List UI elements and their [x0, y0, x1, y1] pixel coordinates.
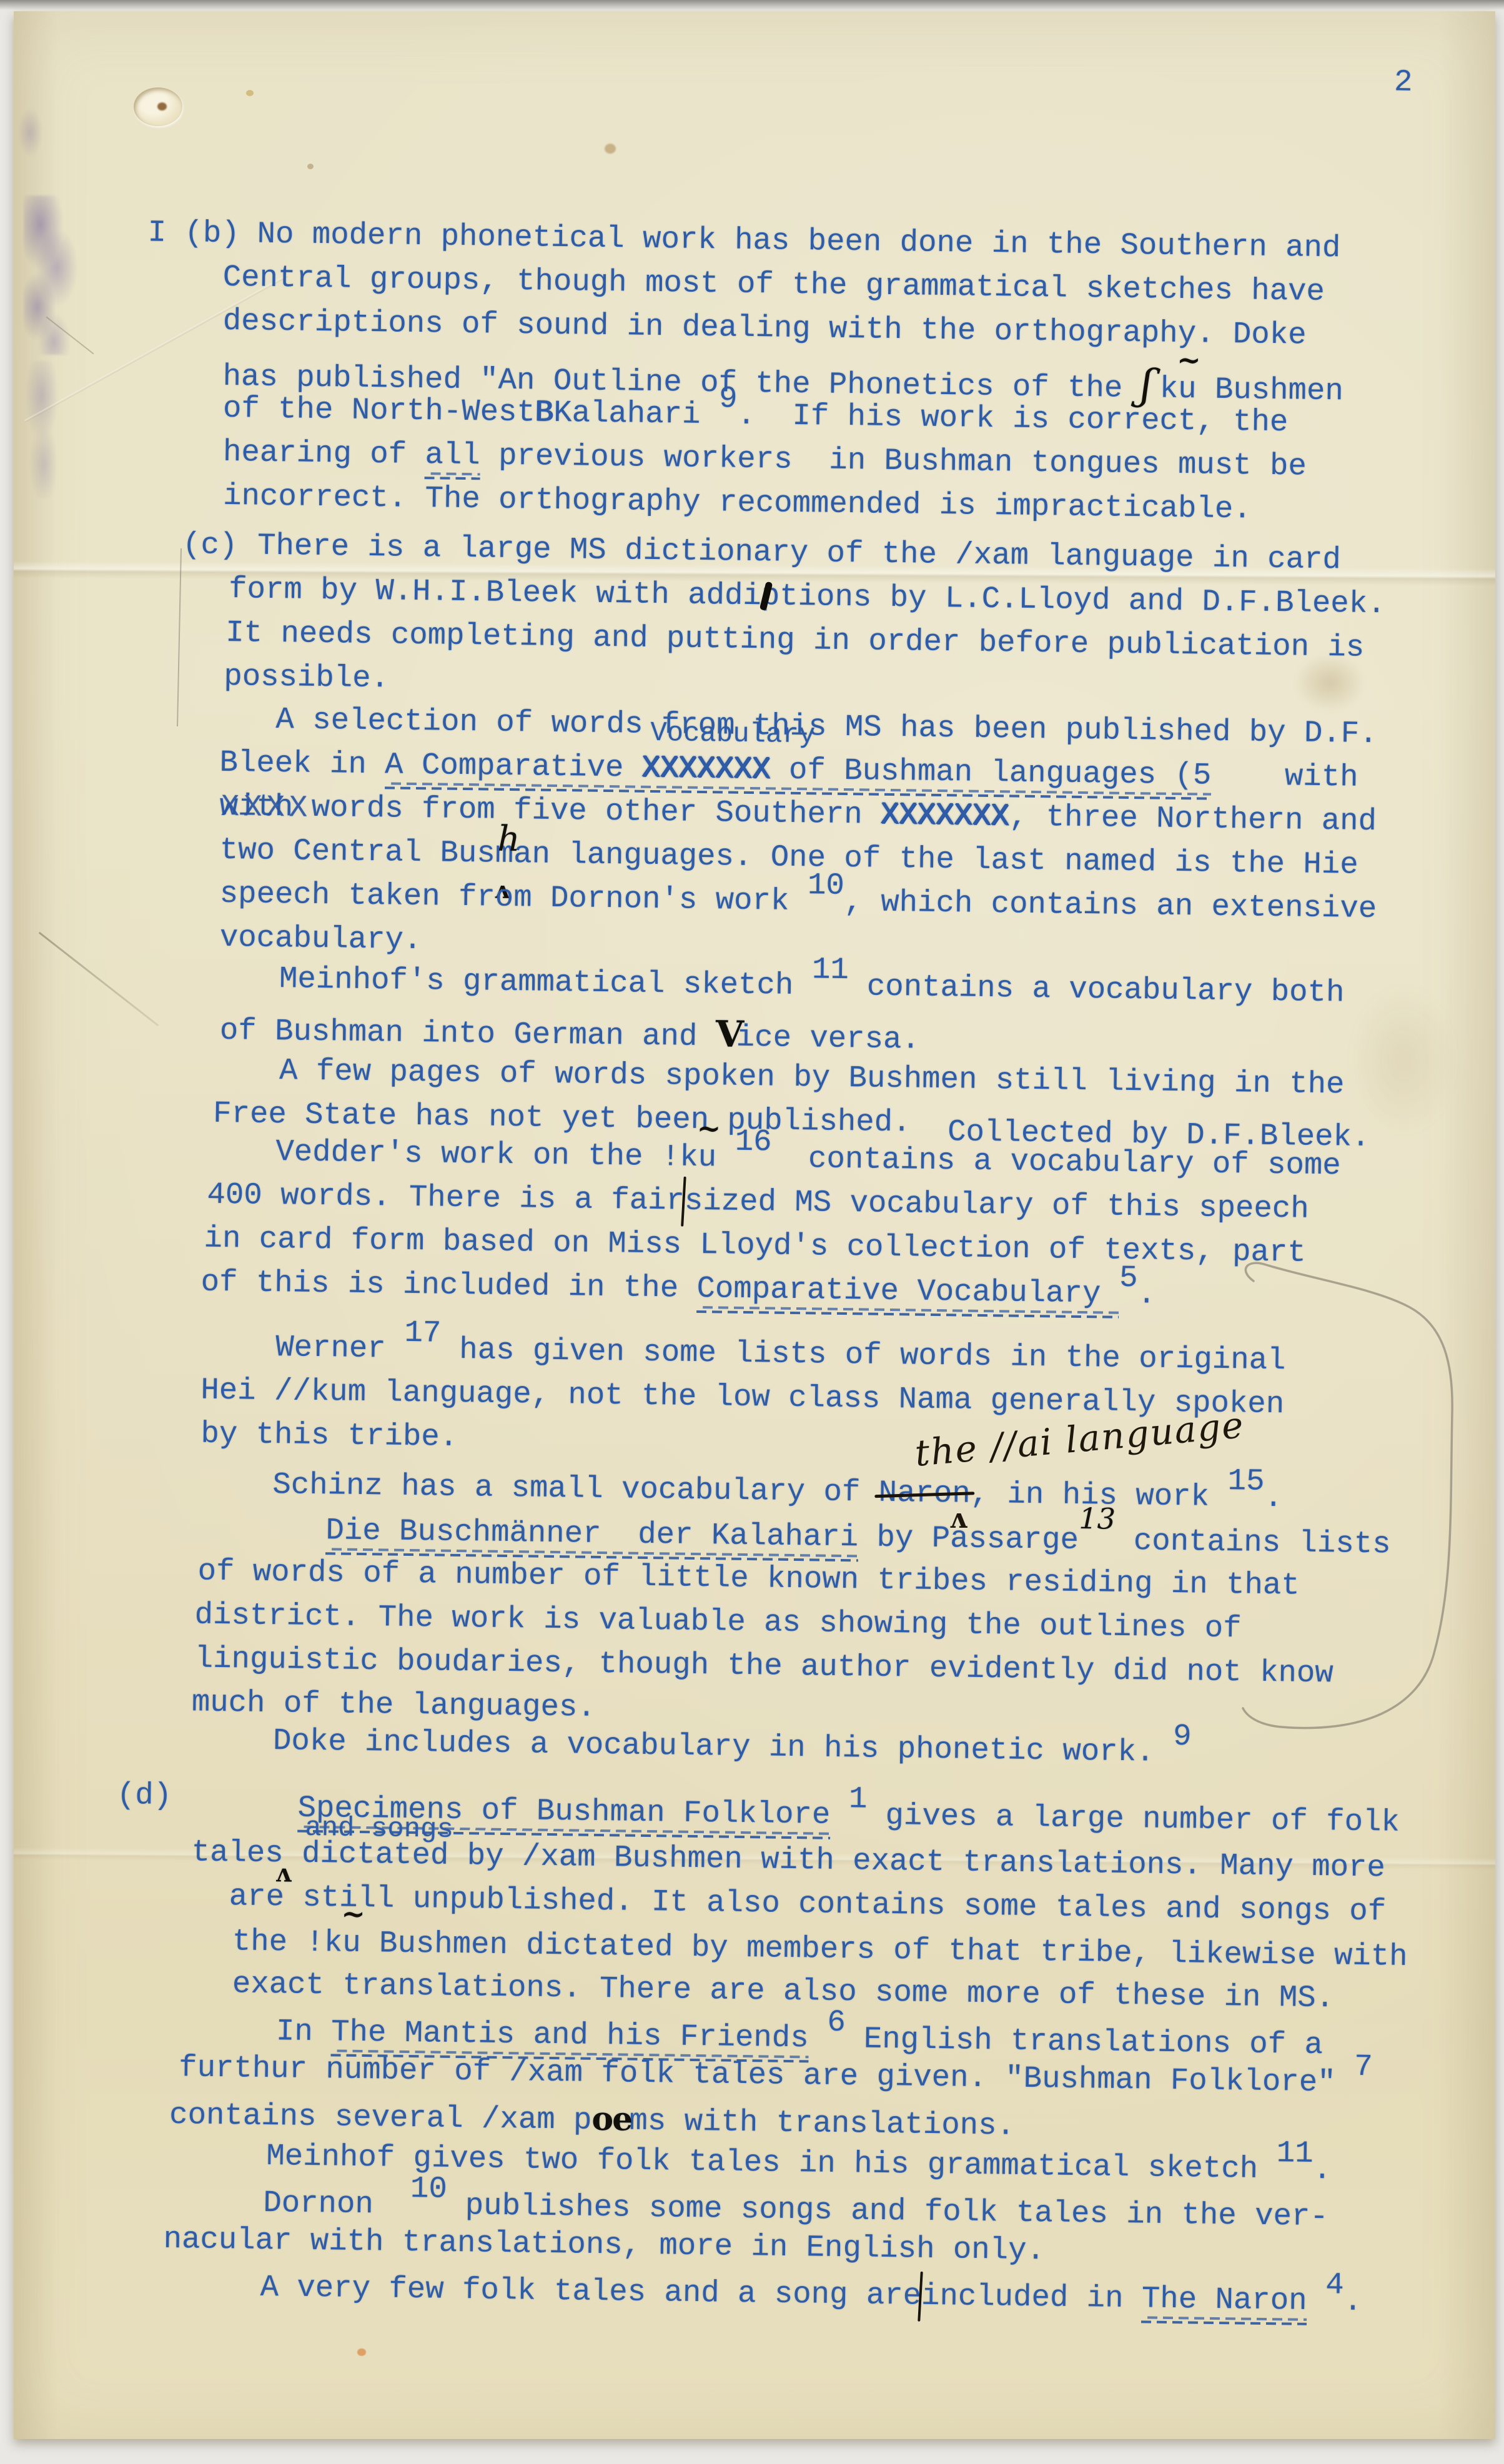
page-number: 2 — [1394, 67, 1413, 97]
underlined-title: Die Buschmänner der Kalahari — [325, 1513, 859, 1561]
typed-line: A few pages of words spoken by Bushmen s… — [279, 1056, 1345, 1100]
typed-line: in card form based on Miss Lloyd's colle… — [204, 1224, 1306, 1269]
typed-line: Werner 17 has given some lists of words … — [275, 1332, 1286, 1376]
overtyped-word: XXXXXXX — [881, 798, 1010, 834]
typed-line: incorrect. The orthography recommended i… — [223, 481, 1252, 525]
typed-line: linguistic boudaries, though the author … — [194, 1643, 1333, 1689]
typed-line: Hei //kum language, not the low class Na… — [200, 1375, 1284, 1420]
typed-text-layer: 2 I (b) No modern phonetical work has be… — [0, 8, 1498, 2455]
typed-line: are still unpublished. It also contains … — [229, 1881, 1386, 1927]
typed-line: by this tribe. — [200, 1419, 458, 1453]
footnote-ref: 17 — [404, 1315, 442, 1351]
footnote-ref: 9 — [719, 381, 738, 416]
typed-line: of words of a number of little known tri… — [197, 1556, 1300, 1601]
typed-line: Bleek in A Comparative XXXXXXX of Bushma… — [219, 748, 1358, 793]
hand-correction-v: V — [716, 1016, 737, 1052]
footnote-ref: 10 — [410, 2171, 448, 2207]
section-label-d: (d) — [117, 1780, 172, 1811]
underlined-word: all — [425, 437, 480, 480]
typed-line: possible. — [224, 661, 389, 694]
typed-line: descriptions of sound in dealing with th… — [222, 306, 1306, 351]
footnote-ref: 4 — [1325, 2267, 1344, 2302]
typed-line: contains several /xam poems with transla… — [169, 2096, 1015, 2142]
paper-sheet: 2 I (b) No modern phonetical work has be… — [14, 11, 1495, 2439]
typed-line: There is a large MS dictionary of the /x… — [257, 531, 1341, 576]
typed-insertion: Vocabulary — [650, 720, 816, 749]
typed-line: Specimens of Bushman Folklore 1 gives a … — [297, 1793, 1400, 1838]
typed-line: exact translations. There are also some … — [232, 1969, 1335, 2014]
typed-line: Meinhof's grammatical sketch 11 contains… — [279, 964, 1345, 1008]
typed-line: No modern phonetical work has been done … — [257, 219, 1340, 264]
footnote-ref: 1 — [849, 1781, 868, 1816]
section-label-c: (c) — [182, 530, 238, 561]
footnote-ref: 10 — [808, 868, 845, 903]
typed-line: Central groups, though most of the gramm… — [222, 262, 1325, 307]
typed-line: nacular with translations, more in Engli… — [163, 2224, 1045, 2266]
footnote-ref: 11 — [1276, 2135, 1314, 2171]
typed-line: A very few folk tales and a song areincl… — [260, 2272, 1362, 2317]
overtyped-letter: B — [535, 395, 553, 430]
footnote-ref: 9 — [1173, 1719, 1192, 1754]
typed-line: A selection of words from this MS has be… — [275, 705, 1378, 750]
footnote-ref: 16 — [735, 1124, 772, 1160]
typed-line: hearing of all previous workers in Bushm… — [223, 437, 1307, 482]
footnote-ref: 7 — [1354, 2049, 1373, 2084]
section-label-b: I (b) — [147, 217, 240, 249]
typed-line: Doke includes a vocabulary in his phonet… — [273, 1726, 1192, 1768]
typed-line: district. The work is valuable as showin… — [194, 1600, 1242, 1644]
footnote-ref: 6 — [827, 2005, 846, 2040]
hand-tilde-icon: ~ — [1177, 345, 1177, 374]
struck-word: withXXXX — [219, 791, 293, 823]
typed-line: much of the languages. — [192, 1687, 596, 1723]
scan-top-edge — [0, 0, 1504, 10]
typed-line: form by W.H.I.Bleek with addiptions by L… — [229, 574, 1386, 620]
underlined-title: The Naron — [1141, 2281, 1307, 2325]
typed-line: It needs completing and putting in order… — [225, 618, 1365, 663]
typed-line: of this is included in the Comparative V… — [200, 1267, 1156, 1310]
underlined-title: Comparative Vocabulary — [696, 1271, 1119, 1319]
hand-footnote-ref: 13 — [1079, 1502, 1116, 1536]
typed-line: two Central Busmhʌan languages. One of t… — [219, 835, 1358, 881]
hand-tilde-icon: ~ — [696, 1114, 697, 1142]
typed-line: Die Buschmänner der Kalahari by Passarge… — [325, 1514, 1391, 1560]
typed-line: 400 words. There is a fairsized MS vocab… — [207, 1180, 1309, 1225]
footnote-ref: 15 — [1227, 1463, 1265, 1499]
typed-line: speech taken from Dornon's work 10, whic… — [219, 879, 1377, 924]
scanned-document-page: 2 I (b) No modern phonetical work has be… — [0, 0, 1504, 2464]
click-symbol-annotation: ʃ — [1139, 364, 1162, 408]
footnote-ref: 11 — [812, 952, 849, 987]
typed-line: Schinz has a small vocabulary of Naron, … — [272, 1470, 1283, 1513]
typed-line: the !ku~ Bushmen dictated by members of … — [232, 1925, 1408, 1972]
overtyped-word: XXXXXXX — [641, 751, 771, 788]
hand-correction-oe: oe — [591, 2103, 630, 2136]
typed-line: of Bushman into German and Vice versa. — [220, 1008, 921, 1056]
footnote-ref: 5 — [1119, 1260, 1138, 1295]
typed-line: tales ʌdictated by /xam Bushmen with exa… — [191, 1837, 1385, 1883]
typed-line: vocabulary. — [220, 923, 422, 956]
hand-caret-icon: ʌ — [949, 1503, 967, 1535]
hand-tilde-icon: ~ — [341, 1899, 342, 1928]
